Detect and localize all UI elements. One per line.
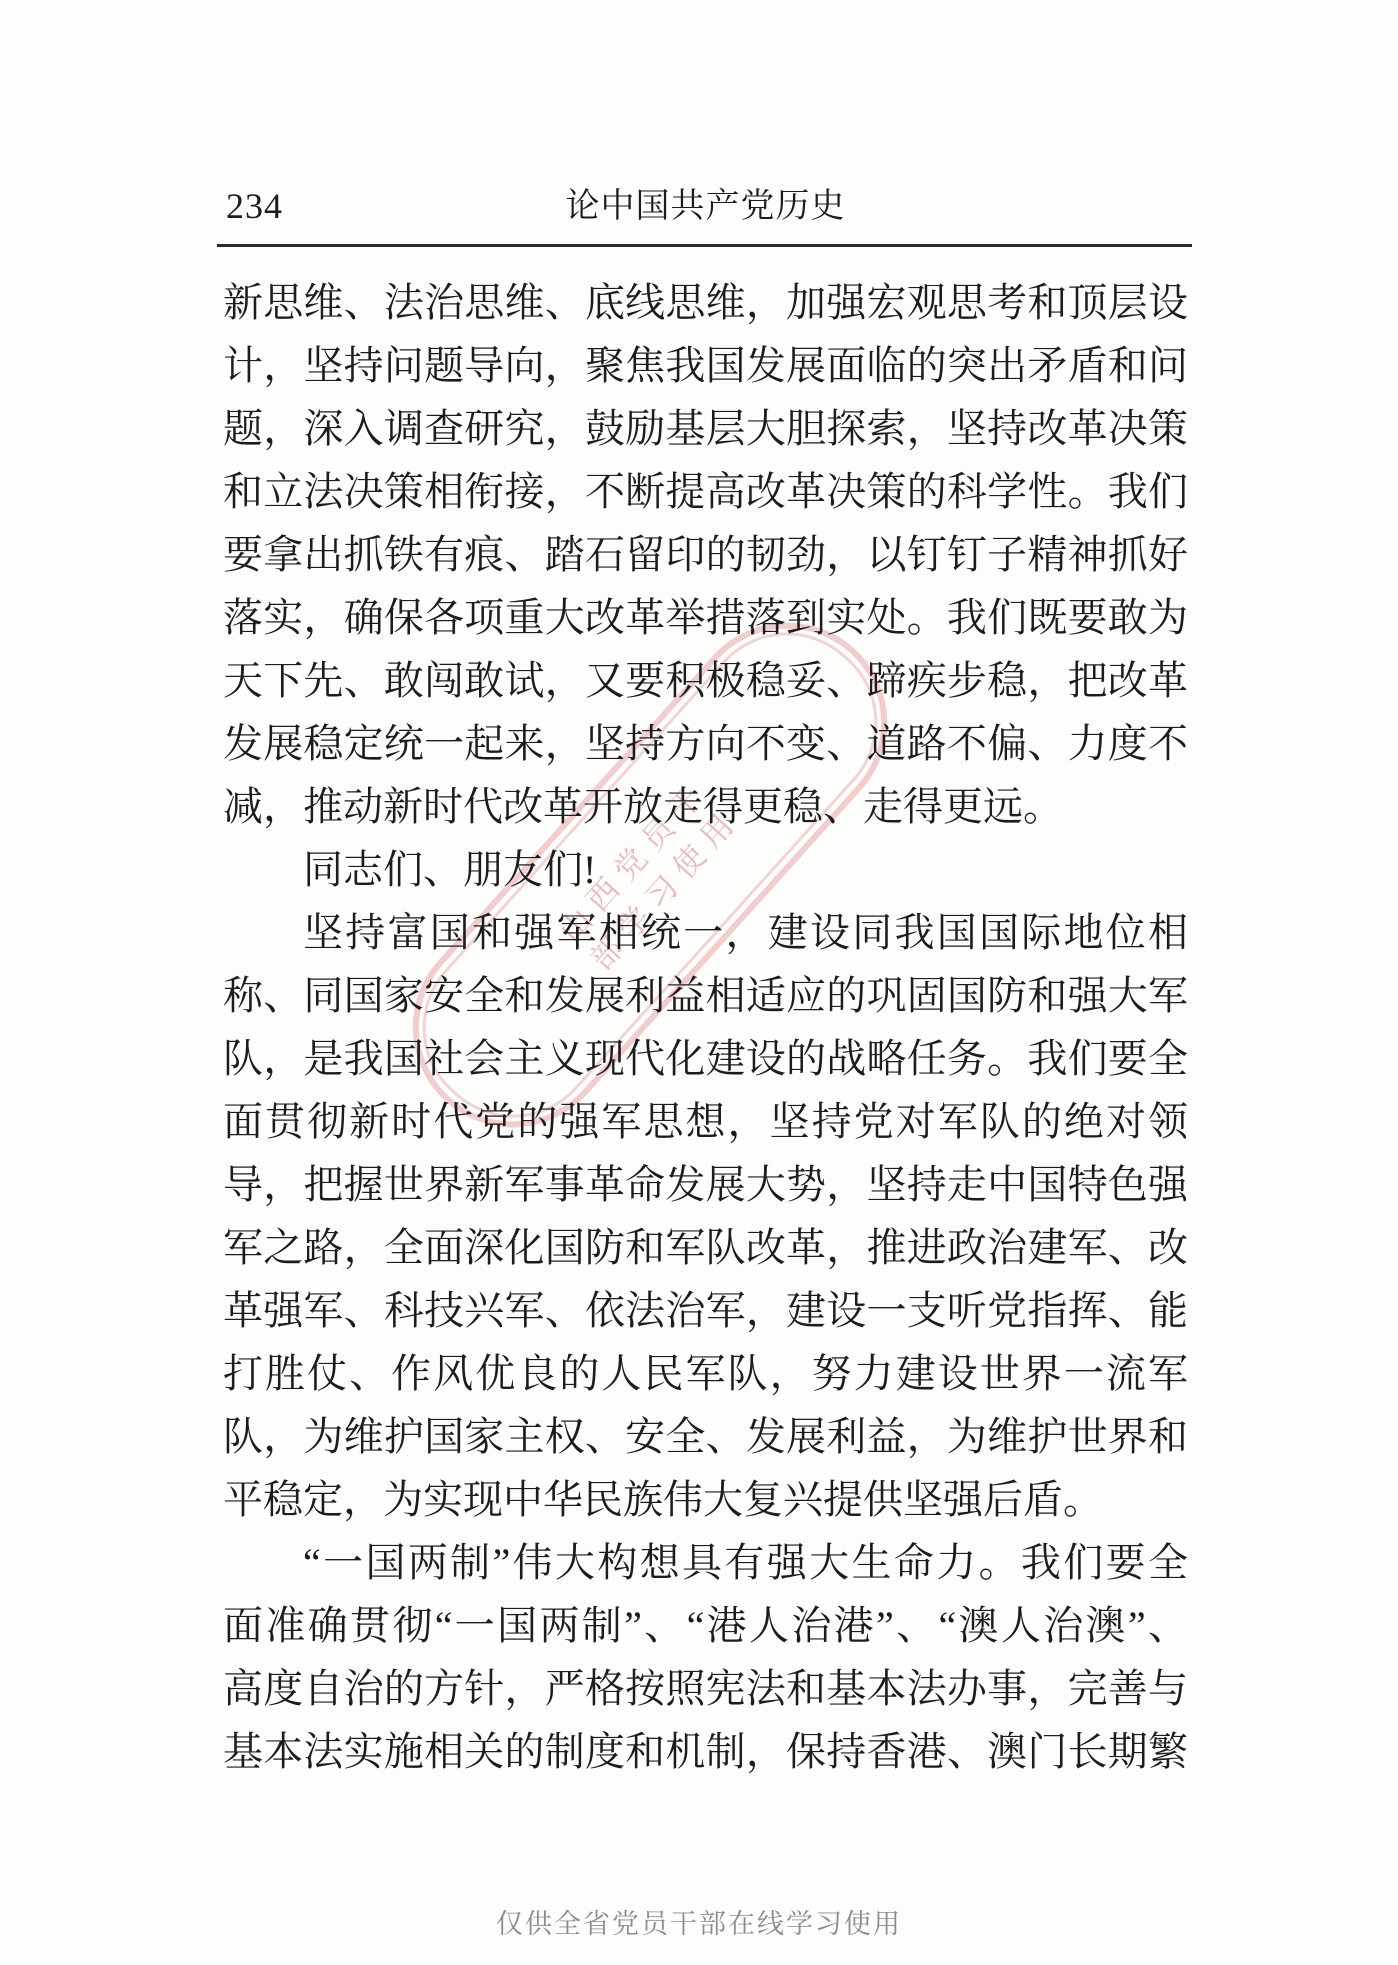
text-line-16: 军之路，全面深化国防和军队改革，推进政治建军、改	[223, 1216, 1188, 1279]
text-line-20: 平稳定，为实现中华民族伟大复兴提供坚强后盾。	[223, 1468, 1188, 1531]
text-line-1: 新思维、法治思维、底线思维，加强宏观思考和顶层设	[223, 271, 1188, 334]
text-line-3: 题，深入调查研究，鼓励基层大胆探索，坚持改革决策	[223, 397, 1188, 460]
text-line-19: 队，为维护国家主权、安全、发展利益，为维护世界和	[223, 1405, 1188, 1468]
footer-notice: 仅供全省党员干部在线学习使用	[0, 1908, 1398, 1940]
text-line-10: 同志们、朋友们!	[223, 838, 1188, 901]
text-line-17: 革强军、科技兴军、依法治军，建设一支听党指挥、能	[223, 1279, 1188, 1342]
text-line-18: 打胜仗、作风优良的人民军队，努力建设世界一流军	[223, 1342, 1188, 1405]
text-line-4: 和立法决策相衔接，不断提高改革决策的科学性。我们	[223, 460, 1188, 523]
text-line-23: 高度自治的方针，严格按照宪法和基本法办事，完善与	[223, 1657, 1188, 1720]
text-line-7: 天下先、敢闯敢试，又要积极稳妥、蹄疾步稳，把改革	[223, 649, 1188, 712]
text-line-12: 称、同国家安全和发展利益相适应的巩固国防和强大军	[223, 964, 1188, 1027]
text-line-9: 减，推动新时代改革开放走得更稳、走得更远。	[223, 775, 1188, 838]
book-title: 论中国共产党历史	[223, 188, 1188, 226]
text-line-11: 坚持富国和强军相统一，建设同我国国际地位相	[223, 901, 1188, 964]
text-line-21: “一国两制”伟大构想具有强大生命力。我们要全	[223, 1531, 1188, 1594]
scanned-book-page: 234 论中国共产党历史 山西党员干 部学习使用 新思维、法治思维、底线思维，加…	[0, 0, 1398, 1965]
body-text: 新思维、法治思维、底线思维，加强宏观思考和顶层设计，坚持问题导向，聚焦我国发展面…	[223, 271, 1188, 1783]
text-line-24: 基本法实施相关的制度和机制，保持香港、澳门长期繁	[223, 1720, 1188, 1783]
text-line-22: 面准确贯彻“一国两制”、“港人治港”、“澳人治澳”、	[223, 1594, 1188, 1657]
text-line-2: 计，坚持问题导向，聚焦我国发展面临的突出矛盾和问	[223, 334, 1188, 397]
text-line-5: 要拿出抓铁有痕、踏石留印的韧劲，以钉钉子精神抓好	[223, 523, 1188, 586]
text-line-6: 落实，确保各项重大改革举措落到实处。我们既要敢为	[223, 586, 1188, 649]
text-line-14: 面贯彻新时代党的强军思想，坚持党对军队的绝对领	[223, 1090, 1188, 1153]
text-line-8: 发展稳定统一起来，坚持方向不变、道路不偏、力度不	[223, 712, 1188, 775]
header-rule	[217, 244, 1192, 247]
page-header: 234 论中国共产党历史	[223, 186, 1188, 226]
text-line-13: 队，是我国社会主义现代化建设的战略任务。我们要全	[223, 1027, 1188, 1090]
text-line-15: 导，把握世界新军事革命发展大势，坚持走中国特色强	[223, 1153, 1188, 1216]
